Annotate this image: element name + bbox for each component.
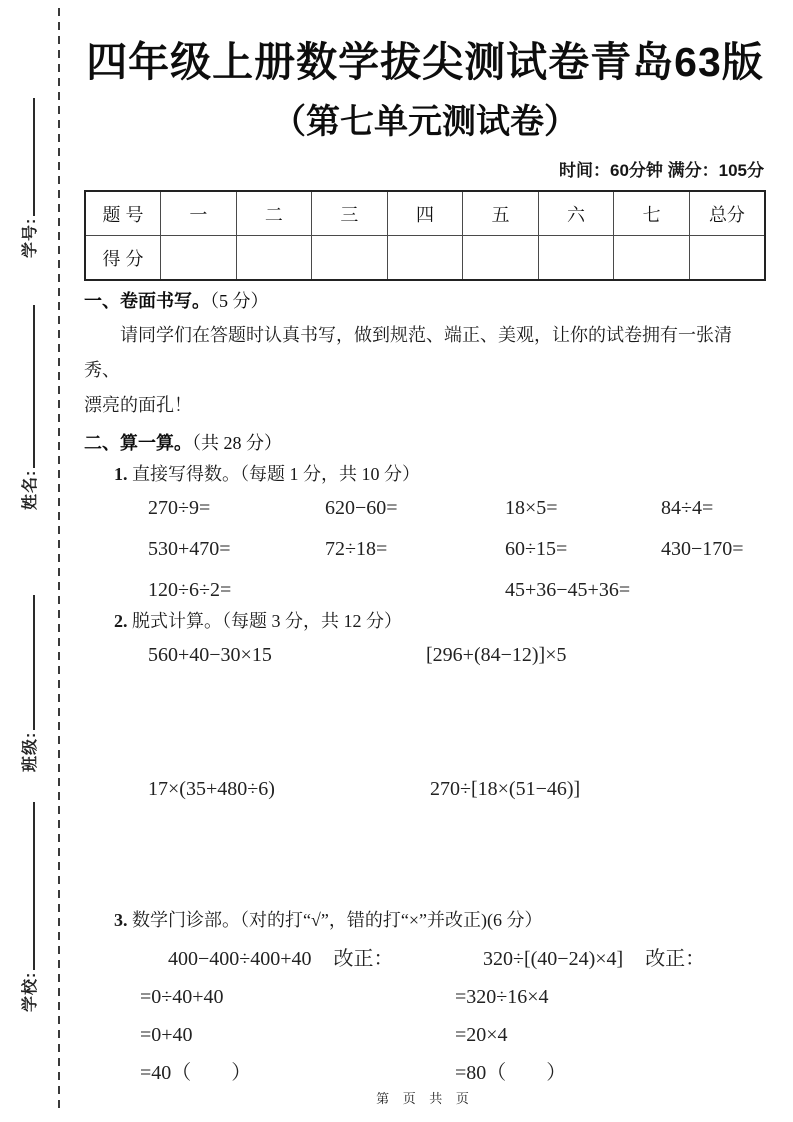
question3-number: 3. (114, 910, 128, 930)
section1-heading-text: 一、卷面书写。 (84, 291, 210, 311)
question3-left-column: 400−400÷400+40改正： =0÷40+40 =0+40 =40（ ） (84, 940, 420, 1092)
score-cell-empty (689, 236, 765, 281)
equation: 320÷[(40−24)×4] (483, 948, 623, 970)
equation: 120÷6÷2= (148, 578, 325, 602)
exam-paper-page: { "page": { "title": "四年级上册数学拔尖测试卷青岛63版"… (0, 0, 793, 1122)
score-cell-empty (312, 236, 388, 281)
section1-paragraph-line2: 漂亮的面孔！ (84, 388, 766, 423)
score-cell-empty (161, 236, 237, 281)
equation: 430−170= (661, 537, 766, 561)
seal-dashed-line (58, 8, 60, 1108)
section2-heading: 二、算一算。（共 28 分） (84, 432, 766, 455)
question3-body: 400−400÷400+40改正： =0÷40+40 =0+40 =40（ ） … (84, 940, 766, 1092)
question2-number: 2. (114, 611, 128, 631)
question1-number: 1. (114, 464, 128, 484)
score-table-header-row: 题 号 一 二 三 四 五 六 七 总分 (85, 191, 765, 236)
page-subtitle: （第七单元测试卷） (84, 98, 766, 146)
margin-field-name: 姓名: (13, 280, 39, 510)
score-cell-empty (463, 236, 539, 281)
score-table: 题 号 一 二 三 四 五 六 七 总分 得 分 (84, 190, 766, 281)
equation-step: =0+40 (140, 1016, 420, 1054)
name-blank-line (13, 305, 35, 468)
score-cell-empty (387, 236, 463, 281)
student-id-blank-line (13, 98, 35, 216)
equation: 84÷4= (661, 496, 766, 520)
margin-field-school: 学校: (13, 775, 39, 1012)
margin-field-class: 班级: (13, 570, 39, 772)
margin-field-student-id: 学号: (13, 73, 39, 258)
equation: 620−60= (325, 496, 505, 520)
section1-heading: 一、卷面书写。（5 分） (84, 290, 766, 313)
section2-score-note: （共 28 分） (192, 433, 282, 453)
equation: 72÷18= (325, 537, 505, 561)
section1-score-note: （5 分） (210, 291, 269, 311)
score-table-header-cell: 七 (614, 191, 690, 236)
question2-title: 脱式计算。（每题 3 分，共 12 分） (132, 611, 402, 631)
equation: 60÷15= (505, 537, 661, 561)
score-table-header-cell: 题 号 (85, 191, 161, 236)
correction-label: 改正： (334, 948, 394, 970)
score-cell-empty (236, 236, 312, 281)
equation-step: =320÷16×4 (455, 978, 766, 1016)
equation: 18×5= (505, 496, 661, 520)
equation: 45+36−45+36= (505, 578, 766, 602)
question2-row1: 560+40−30×15 [296+(84−12)]×5 (84, 643, 766, 667)
score-table-header-cell: 三 (312, 191, 388, 236)
question3-right-problem: 320÷[(40−24)×4]改正： (455, 940, 766, 978)
question1-heading: 1. 直接写得数。（每题 1 分，共 10 分） (84, 463, 766, 486)
score-row-label: 得 分 (85, 236, 161, 281)
score-cell-empty (614, 236, 690, 281)
question3-right-column: 320÷[(40−24)×4]改正： =320÷16×4 =20×4 =80（ … (420, 940, 766, 1092)
equation-step: =40（ ） (140, 1054, 420, 1092)
equation-empty-slot (325, 578, 505, 602)
school-blank-line (13, 802, 35, 970)
equation: 270÷[18×(51−46)] (430, 777, 766, 801)
equation: [296+(84−12)]×5 (426, 643, 766, 667)
equation: 530+470= (148, 537, 325, 561)
section2-heading-text: 二、算一算。 (84, 433, 192, 453)
page-footer: 第 页 共 页 (84, 1088, 766, 1107)
score-table-header-cell: 六 (538, 191, 614, 236)
question1-equations: 270÷9= 620−60= 18×5= 84÷4= 530+470= 72÷1… (84, 496, 766, 602)
school-label: 学校: (22, 972, 39, 1012)
equation: 270÷9= (148, 496, 325, 520)
student-id-label: 学号: (22, 218, 39, 258)
name-label: 姓名: (22, 470, 39, 510)
correction-label: 改正： (645, 948, 705, 970)
equation-step: =0÷40+40 (140, 978, 420, 1016)
score-table-header-cell: 二 (236, 191, 312, 236)
equation: 400−400÷400+40 (168, 948, 312, 970)
score-table-header-cell: 四 (387, 191, 463, 236)
equation: 17×(35+480÷6) (148, 777, 430, 801)
question3-heading: 3. 数学门诊部。（对的打“√”，错的打“×”并改正)(6 分） (84, 909, 766, 932)
question2-row2: 17×(35+480÷6) 270÷[18×(51−46)] (84, 777, 766, 801)
question1-title: 直接写得数。（每题 1 分，共 10 分） (132, 464, 420, 484)
class-blank-line (13, 595, 35, 730)
question3-title: 数学门诊部。（对的打“√”，错的打“×”并改正)(6 分） (132, 910, 542, 930)
equation-step: =20×4 (455, 1016, 766, 1054)
section1-paragraph-line1: 请同学们在答题时认真书写，做到规范、端正、美观，让你的试卷拥有一张清秀、 (84, 318, 766, 388)
score-table-header-cell: 总分 (689, 191, 765, 236)
score-table-header-cell: 五 (463, 191, 539, 236)
question2-heading: 2. 脱式计算。（每题 3 分，共 12 分） (84, 610, 766, 633)
score-table-header-cell: 一 (161, 191, 237, 236)
equation-step: =80（ ） (455, 1054, 766, 1092)
equation: 560+40−30×15 (148, 643, 426, 667)
exam-time-score-meta: 时间：60分钟 满分：105分 (84, 160, 766, 182)
page-title: 四年级上册数学拔尖测试卷青岛63版 (84, 34, 766, 90)
score-table-score-row: 得 分 (85, 236, 765, 281)
score-cell-empty (538, 236, 614, 281)
class-label: 班级: (22, 732, 39, 772)
paper-content: 四年级上册数学拔尖测试卷青岛63版 （第七单元测试卷） 时间：60分钟 满分：1… (84, 0, 766, 1092)
question3-left-problem: 400−400÷400+40改正： (140, 940, 420, 978)
